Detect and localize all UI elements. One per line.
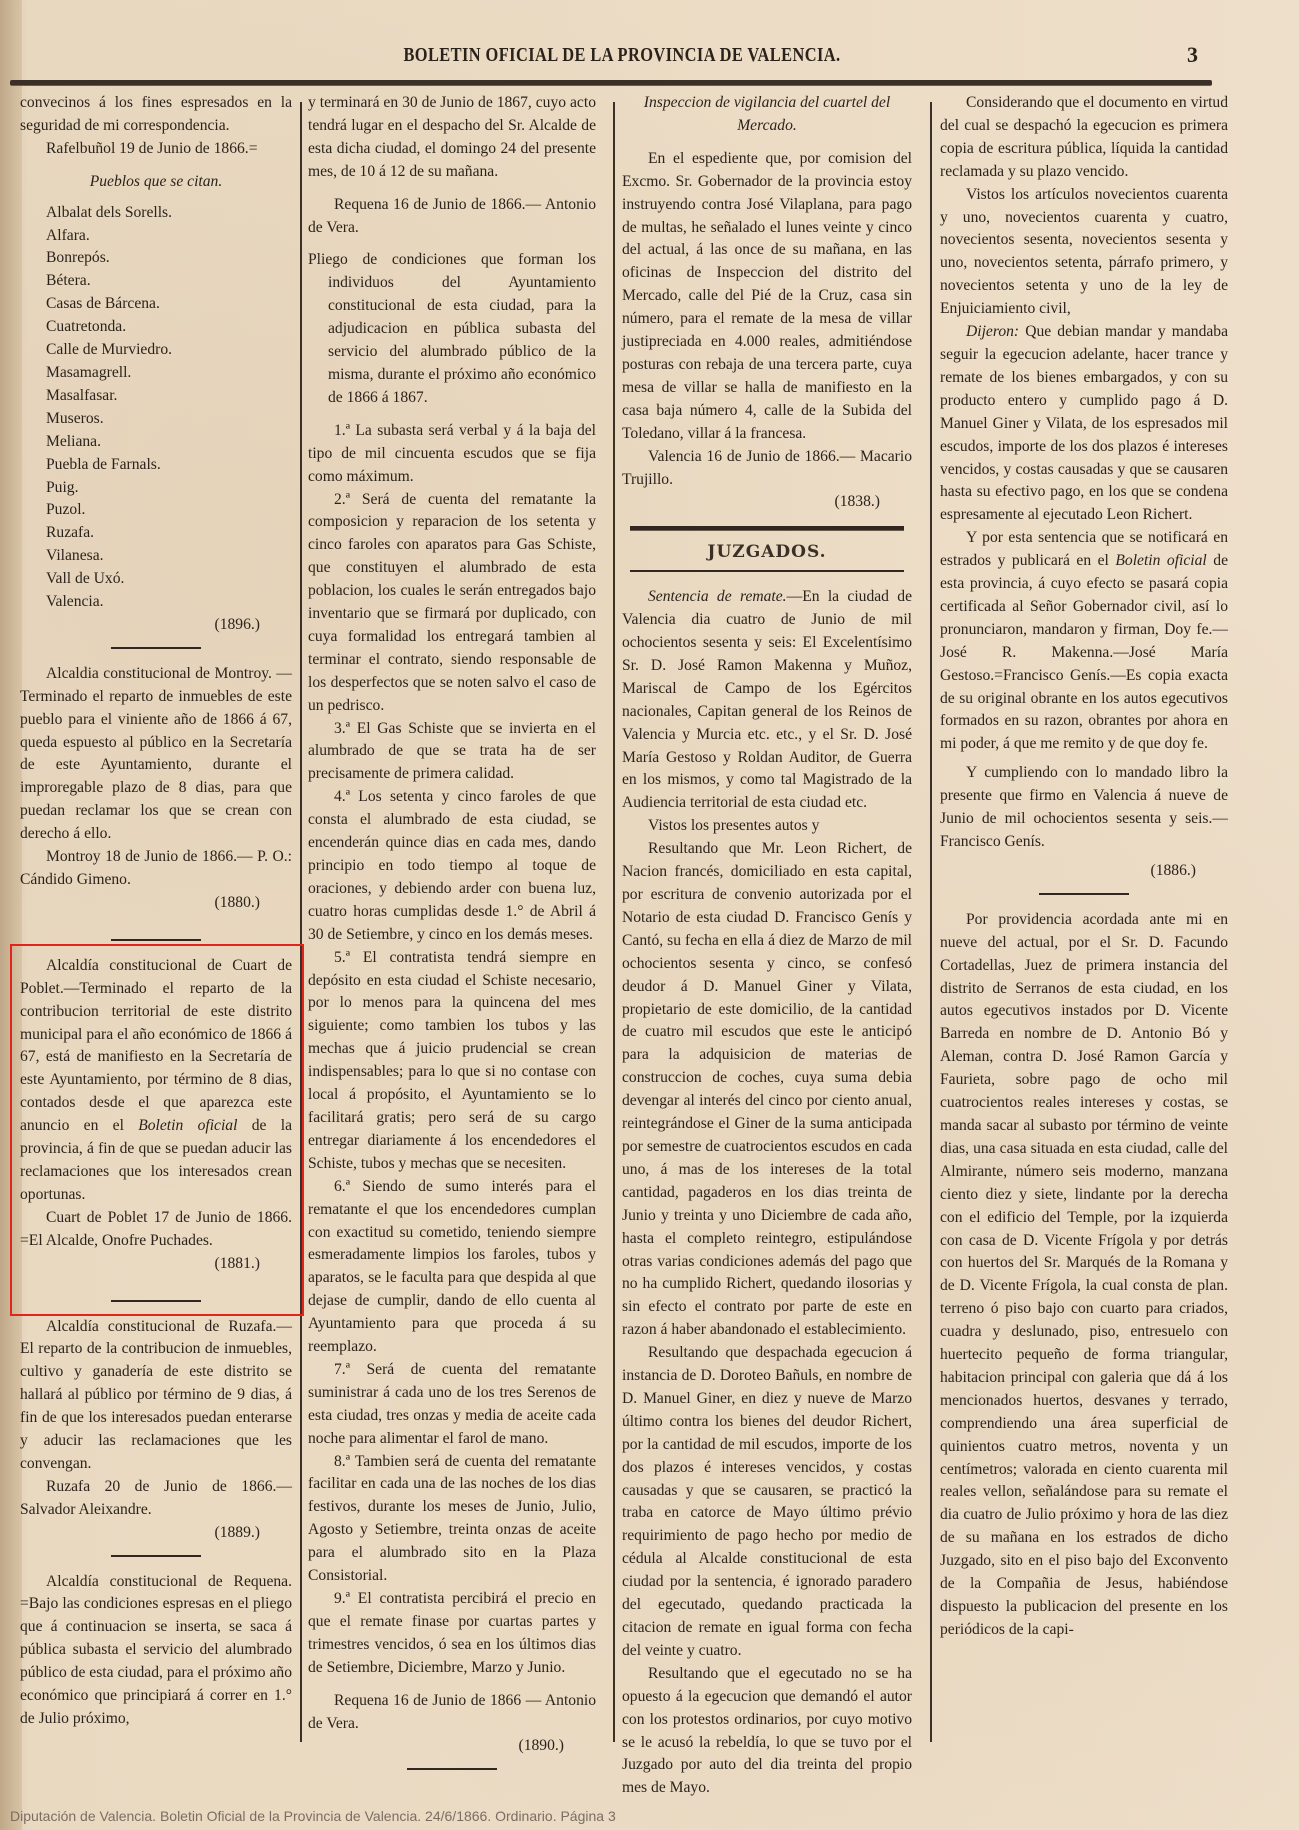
resultando-paragraph: Resultando que despachada egecucion á in… bbox=[622, 1342, 912, 1663]
condition-item: 9.ª El contratista percibirá el precio e… bbox=[308, 1588, 596, 1680]
vistos-articulos-paragraph: Vistos los artículos novecientos cuarent… bbox=[940, 184, 1228, 321]
reference-number: (1838.) bbox=[622, 491, 912, 514]
column-divider bbox=[300, 102, 302, 1742]
highlighted-notice-box bbox=[10, 944, 304, 1316]
dijeron-paragraph: Dijeron: Que debian mandar y mandaba seg… bbox=[940, 321, 1228, 527]
reference-number: (1880.) bbox=[20, 892, 292, 915]
section-rule-thin bbox=[630, 570, 904, 572]
column-divider bbox=[613, 102, 615, 1742]
town-item: Bonrepós. bbox=[46, 247, 292, 270]
signature-line: Requena 16 de Junio de 1866.— Antonio de… bbox=[308, 194, 596, 240]
section-title-juzgados: JUZGADOS. bbox=[622, 541, 912, 564]
continued-text: convecinos á los fines espresados en la … bbox=[20, 92, 292, 138]
town-item: Alfara. bbox=[46, 225, 292, 248]
reference-number: (1890.) bbox=[308, 1735, 596, 1758]
town-item: Vall de Uxó. bbox=[46, 568, 292, 591]
archive-footer: Diputación de Valencia. Boletin Oficial … bbox=[10, 1808, 616, 1824]
signature-line: Requena 16 de Junio de 1866 — Antonio de… bbox=[308, 1690, 596, 1736]
town-item: Vilanesa. bbox=[46, 545, 292, 568]
reference-number: (1896.) bbox=[20, 614, 292, 637]
signature-line: Rafelbuñol 19 de Junio de 1866.= bbox=[20, 138, 292, 161]
column-2: y terminará en 30 de Junio de 1867, cuyo… bbox=[308, 92, 596, 1784]
condition-item: 3.ª El Gas Schiste que se invierta en el… bbox=[308, 718, 596, 787]
notice-montroy: Alcaldia constitucional de Montroy. —Ter… bbox=[20, 663, 292, 846]
notice-requena: Alcaldía constitucional de Requena. =Baj… bbox=[20, 1571, 292, 1731]
signature-line: Ruzafa 20 de Junio de 1866.—Salvador Ale… bbox=[20, 1476, 292, 1522]
towns-list: Albalat dels Sorells. Alfara. Bonrepós. … bbox=[20, 202, 292, 614]
newspaper-title: BOLETIN OFICIAL DE LA PROVINCIA DE VALEN… bbox=[130, 44, 1114, 67]
condition-item: 6.ª Siendo de sumo interés para el remat… bbox=[308, 1176, 596, 1359]
condition-item: 5.ª El contratista tendrá siempre en dep… bbox=[308, 947, 596, 1176]
town-item: Ruzafa. bbox=[46, 522, 292, 545]
resultando-paragraph: Resultando que Mr. Leon Richert, de Naci… bbox=[622, 838, 912, 1342]
town-item: Masalfasar. bbox=[46, 385, 292, 408]
condition-item: 4.ª Los setenta y cinco faroles de que c… bbox=[308, 786, 596, 946]
notice-ruzafa: Alcaldía constitucional de Ruzafa.— El r… bbox=[20, 1316, 292, 1476]
page-binding-edge bbox=[0, 0, 22, 1830]
condition-item: 7.ª Será de cuenta del rematante suminis… bbox=[308, 1359, 596, 1451]
section-rule-thick bbox=[630, 526, 904, 531]
resultando-paragraph: Resultando que el egecutado no se ha opu… bbox=[622, 1663, 912, 1800]
signature-line: Valencia 16 de Junio de 1866.— Macario T… bbox=[622, 446, 912, 492]
column-3: Inspeccion de vigilancia del cuartel del… bbox=[622, 92, 912, 1800]
inspeccion-heading: Inspeccion de vigilancia del cuartel del… bbox=[622, 92, 912, 138]
reference-number: (1886.) bbox=[940, 860, 1228, 883]
separator-rule bbox=[407, 1768, 497, 1770]
vistos-line: Vistos los presentes autos y bbox=[622, 815, 912, 838]
town-item: Meliana. bbox=[46, 431, 292, 454]
sentencia-intro: Sentencia de remate.—En la ciudad de Val… bbox=[622, 586, 912, 815]
towns-heading: Pueblos que se citan. bbox=[20, 171, 292, 194]
separator-rule bbox=[111, 647, 201, 649]
town-item: Albalat dels Sorells. bbox=[46, 202, 292, 225]
town-item: Masamagrell. bbox=[46, 362, 292, 385]
inspeccion-body: En el espediente que, por comision del E… bbox=[622, 148, 912, 446]
town-item: Puig. bbox=[46, 477, 292, 500]
column-1: convecinos á los fines espresados en la … bbox=[20, 92, 292, 1731]
town-item: Puzol. bbox=[46, 499, 292, 522]
town-item: Valencia. bbox=[46, 591, 292, 614]
condition-item: 1.ª La subasta será verbal y á la baja d… bbox=[308, 420, 596, 489]
town-item: Museros. bbox=[46, 408, 292, 431]
pliego-heading: Pliego de condiciones que forman los ind… bbox=[308, 249, 596, 409]
separator-rule bbox=[111, 1555, 201, 1557]
column-4: Considerando que el documento en virtud … bbox=[940, 92, 1228, 1642]
town-item: Cuatretonda. bbox=[46, 316, 292, 339]
page-header: BOLETIN OFICIAL DE LA PROVINCIA DE VALEN… bbox=[22, 44, 1222, 74]
town-item: Casas de Bárcena. bbox=[46, 293, 292, 316]
continued-text: y terminará en 30 de Junio de 1867, cuyo… bbox=[308, 92, 596, 184]
separator-rule bbox=[111, 939, 201, 941]
signature-line: Montroy 18 de Junio de 1866.— P. O.: Cán… bbox=[20, 846, 292, 892]
header-rule bbox=[10, 80, 1212, 86]
providencia-paragraph: Por providencia acordada ante mi en nuev… bbox=[940, 909, 1228, 1642]
condition-item: 2.ª Será de cuenta del rematante la comp… bbox=[308, 489, 596, 718]
town-item: Bétera. bbox=[46, 270, 292, 293]
notifica-paragraph: Y por esta sentencia que se notificará e… bbox=[940, 527, 1228, 756]
reference-number: (1889.) bbox=[20, 1522, 292, 1545]
considerando-paragraph: Considerando que el documento en virtud … bbox=[940, 92, 1228, 184]
page-number: 3 bbox=[1187, 42, 1198, 68]
town-item: Calle de Murviedro. bbox=[46, 339, 292, 362]
town-item: Puebla de Farnals. bbox=[46, 454, 292, 477]
column-divider bbox=[930, 102, 932, 1742]
condition-item: 8.ª Tambien será de cuenta del rematante… bbox=[308, 1451, 596, 1588]
separator-rule bbox=[1039, 893, 1129, 895]
cumpliendo-paragraph: Y cumpliendo con lo mandado libro la pre… bbox=[940, 762, 1228, 854]
